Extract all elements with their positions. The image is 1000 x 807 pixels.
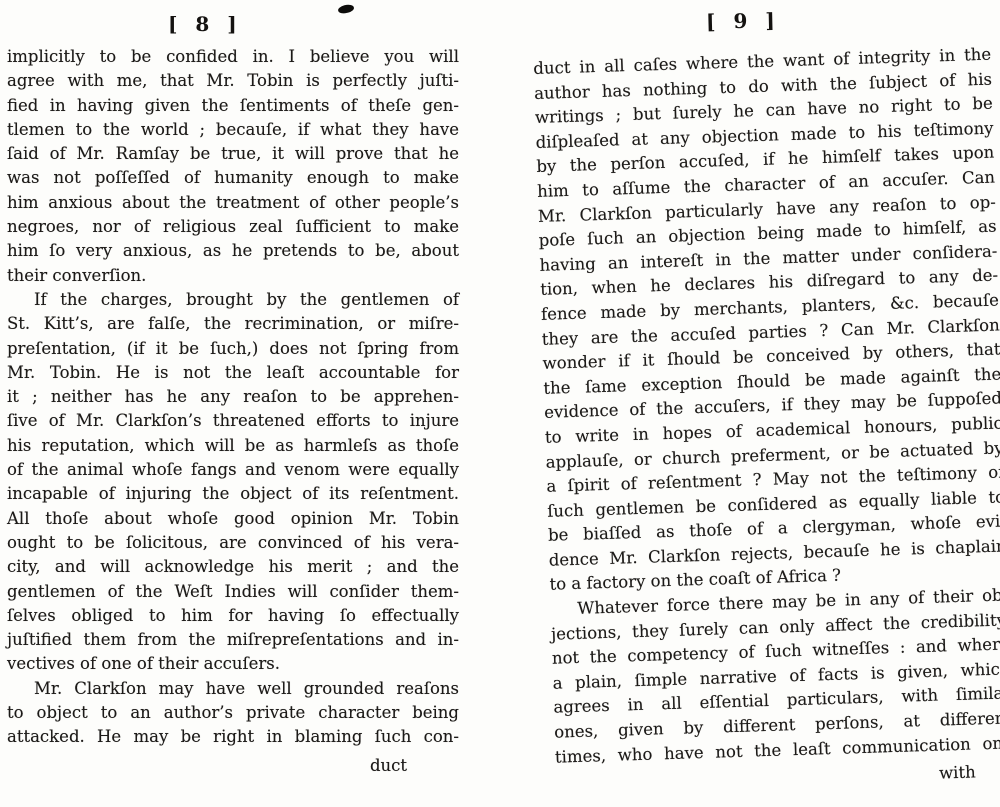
scanned-book-spread: [ 8 ] [ 9 ] implicitly to be confided in… [0, 0, 1000, 807]
text-line: incapable of injuring the object of its … [7, 482, 459, 506]
page-9-text-block: duct in all caſes where the want of inte… [533, 43, 1000, 799]
text-line: him anxious about the treatment of other… [7, 191, 459, 215]
text-line: ſelves obliged to him for having ſo effe… [7, 604, 459, 628]
text-line: implicitly to be confided in. I believe … [7, 45, 459, 69]
catchword: duct [7, 754, 459, 778]
text-line: attacked. He may be right in blaming ſuc… [7, 725, 459, 749]
text-line: Mr. Tobin. He is not the leaſt accountab… [7, 361, 459, 385]
text-line: ſaid of Mr. Ramſay be true, it will prov… [7, 142, 459, 166]
text-line: All thoſe about whoſe good opinion Mr. T… [7, 507, 459, 531]
text-line: vectives of one of their accuſers. [7, 652, 459, 676]
text-line: of the animal whoſe fangs and venom were… [7, 458, 459, 482]
text-line: juſtified them from the miſrepreſentatio… [7, 628, 459, 652]
text-line: him ſo very anxious, as he pretends to b… [7, 239, 459, 263]
text-line: gentlemen of the Weſt Indies will conſid… [7, 580, 459, 604]
text-line: was not poſſeſſed of humanity enough to … [7, 166, 459, 190]
text-line: city, and will acknowledge his merit ; a… [7, 555, 459, 579]
text-line: St. Kitt’s, are falſe, the recrimination… [7, 312, 459, 336]
text-line: to object to an author’s private charact… [7, 701, 459, 725]
text-line: his reputation, which will be as harmleſ… [7, 434, 459, 458]
page-number-left: [ 8 ] [168, 12, 238, 36]
text-line: preſentation, (if it be ſuch,) does not … [7, 337, 459, 361]
text-line: it ; neither has he any reaſon to be app… [7, 385, 459, 409]
ink-blot-mark [337, 3, 354, 15]
text-line: If the charges, brought by the gentlemen… [7, 288, 459, 312]
text-line: agree with me, that Mr. Tobin is perfect… [7, 69, 459, 93]
page-8-text-block: implicitly to be confided in. I believe … [7, 45, 459, 778]
page-number-right: [ 9 ] [706, 8, 776, 34]
text-line: negroes, nor of religious zeal ſufficien… [7, 215, 459, 239]
text-line: ought to be ſolicitous, are convinced of… [7, 531, 459, 555]
text-line: their converſion. [7, 264, 459, 288]
text-line: tlemen to the world ; becauſe, if what t… [7, 118, 459, 142]
text-line: fied in having given the ſentiments of t… [7, 94, 459, 118]
text-line: Mr. Clarkſon may have well grounded reaſ… [7, 677, 459, 701]
text-line: ſive of Mr. Clarkſon’s threatened effort… [7, 409, 459, 433]
